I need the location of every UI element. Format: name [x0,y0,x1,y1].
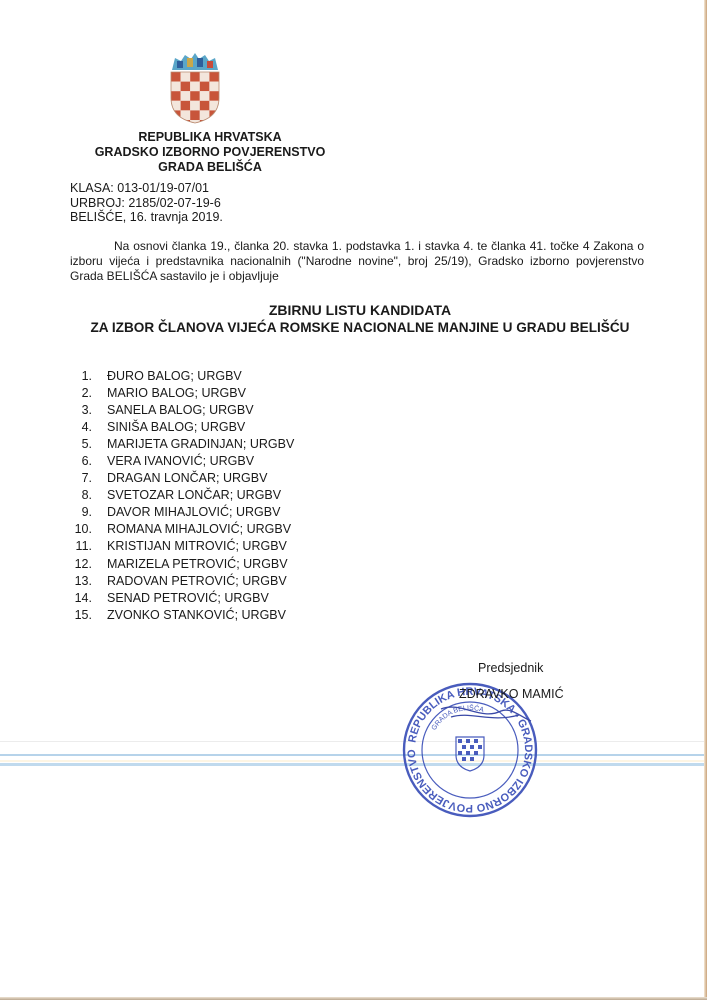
candidate-name: MARIJETA GRADINJAN; URGBV [107,436,294,453]
candidate-number: 10. [70,521,92,538]
candidate-number: 9. [70,504,92,521]
official-stamp-icon: REPUBLIKA HRVATSKA - GRADSKO IZBORNO POV… [401,681,539,819]
title-line-2: ZA IZBOR ČLANOVA VIJEĆA ROMSKE NACIONALN… [60,319,660,336]
candidate-item: 15.ZVONKO STANKOVIĆ; URGBV [70,607,294,624]
candidate-item: 2.MARIO BALOG; URGBV [70,385,294,402]
issuer-header: REPUBLIKA HRVATSKA GRADSKO IZBORNO POVJE… [80,130,340,175]
candidate-number: 6. [70,453,92,470]
intro-paragraph: Na osnovi članka 19., članka 20. stavka … [70,239,644,284]
urbroj: URBROJ: 2185/02-07-19-6 [70,196,223,211]
candidate-name: SENAD PETROVIĆ; URGBV [107,590,269,607]
candidate-item: 9.DAVOR MIHAJLOVIĆ; URGBV [70,504,294,521]
document-meta: KLASA: 013-01/19-07/01 URBROJ: 2185/02-0… [70,181,223,225]
candidate-number: 1. [70,368,92,385]
candidate-item: 12.MARIZELA PETROVIĆ; URGBV [70,556,294,573]
document-title: ZBIRNU LISTU KANDIDATA ZA IZBOR ČLANOVA … [60,302,660,336]
candidate-name: RADOVAN PETROVIĆ; URGBV [107,573,287,590]
candidate-name: SANELA BALOG; URGBV [107,402,254,419]
candidate-name: VERA IVANOVIĆ; URGBV [107,453,254,470]
title-line-1: ZBIRNU LISTU KANDIDATA [60,302,660,319]
divider [0,754,704,756]
candidate-name: DRAGAN LONČAR; URGBV [107,470,267,487]
candidate-number: 15. [70,607,92,624]
place-date: BELIŠĆE, 16. travnja 2019. [70,210,223,225]
candidate-item: 5.MARIJETA GRADINJAN; URGBV [70,436,294,453]
candidate-item: 14.SENAD PETROVIĆ; URGBV [70,590,294,607]
signatory-role: Predsjednik [478,661,543,675]
candidate-name: MARIZELA PETROVIĆ; URGBV [107,556,288,573]
intro-text: Na osnovi članka 19., članka 20. stavka … [70,239,644,283]
candidate-item: 10.ROMANA MIHAJLOVIĆ; URGBV [70,521,294,538]
candidate-number: 14. [70,590,92,607]
candidate-list: 1.ĐURO BALOG; URGBV2.MARIO BALOG; URGBV3… [70,368,294,624]
candidate-name: ROMANA MIHAJLOVIĆ; URGBV [107,521,291,538]
divider [0,760,704,762]
candidate-number: 5. [70,436,92,453]
candidate-number: 12. [70,556,92,573]
candidate-number: 13. [70,573,92,590]
candidate-number: 3. [70,402,92,419]
candidate-name: KRISTIJAN MITROVIĆ; URGBV [107,538,287,555]
candidate-number: 11. [70,538,92,555]
candidate-item: 13.RADOVAN PETROVIĆ; URGBV [70,573,294,590]
candidate-name: SINIŠA BALOG; URGBV [107,419,245,436]
candidate-item: 8.SVETOZAR LONČAR; URGBV [70,487,294,504]
candidate-number: 2. [70,385,92,402]
divider [0,741,704,742]
candidate-name: MARIO BALOG; URGBV [107,385,246,402]
candidate-number: 7. [70,470,92,487]
candidate-item: 7.DRAGAN LONČAR; URGBV [70,470,294,487]
coat-of-arms-icon [168,52,222,124]
divider [0,763,704,766]
candidate-name: DAVOR MIHAJLOVIĆ; URGBV [107,504,280,521]
candidate-name: SVETOZAR LONČAR; URGBV [107,487,281,504]
candidate-number: 8. [70,487,92,504]
candidate-item: 1.ĐURO BALOG; URGBV [70,368,294,385]
candidate-name: ZVONKO STANKOVIĆ; URGBV [107,607,286,624]
header-body: GRADSKO IZBORNO POVJERENSTVO [80,145,340,160]
candidate-item: 3.SANELA BALOG; URGBV [70,402,294,419]
candidate-number: 4. [70,419,92,436]
klasa: KLASA: 013-01/19-07/01 [70,181,223,196]
candidate-item: 6.VERA IVANOVIĆ; URGBV [70,453,294,470]
signatory-name: ZDRAVKO MAMIĆ [459,687,564,701]
candidate-item: 11.KRISTIJAN MITROVIĆ; URGBV [70,538,294,555]
candidate-item: 4.SINIŠA BALOG; URGBV [70,419,294,436]
header-country: REPUBLIKA HRVATSKA [80,130,340,145]
header-city: GRADA BELIŠĆA [80,160,340,175]
candidate-name: ĐURO BALOG; URGBV [107,368,242,385]
